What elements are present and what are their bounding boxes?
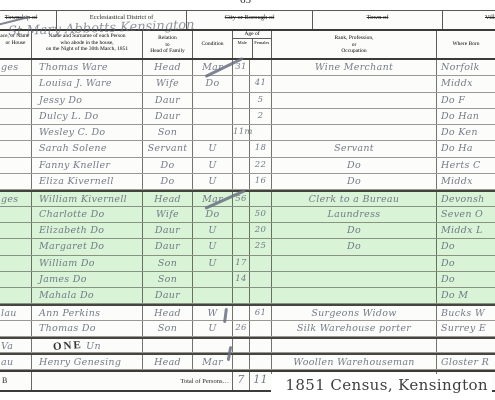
cell-occupation <box>272 339 437 352</box>
cell-address <box>0 207 32 222</box>
cell-address <box>0 109 32 124</box>
cell-name: Thomas Ware <box>32 60 143 75</box>
cell-name: Henry Genesing <box>32 355 143 368</box>
cell-born: Do M <box>437 288 495 303</box>
cell-relation: Daur <box>143 239 193 254</box>
cell-occupation: Do <box>272 174 437 189</box>
cell-age-f <box>250 272 272 287</box>
cell-occupation: Do <box>272 239 437 254</box>
cell-name: James Do <box>32 272 143 287</box>
cell-occupation: Clerk to a Bureau <box>272 192 437 205</box>
cell-born: Herts C <box>437 158 495 173</box>
cell-name: Louisa J. Ware <box>32 76 143 91</box>
cell-occupation: Do <box>272 158 437 173</box>
cell-condition: U <box>193 239 233 254</box>
census-row: VaONE Un <box>0 337 495 353</box>
cell-age-f: 41 <box>250 76 272 91</box>
cell-age-m <box>233 288 250 303</box>
cell-occupation <box>272 125 437 140</box>
cell-name: Jessy Do <box>32 93 143 108</box>
census-row: Fanny KnellerDoU22DoHerts C <box>0 158 495 174</box>
cell-name: Eliza Kivernell <box>32 174 143 189</box>
cell-occupation <box>272 93 437 108</box>
cell-condition: U <box>193 321 233 336</box>
cell-age-f <box>250 256 272 271</box>
cell-condition: Do <box>193 76 233 91</box>
cell-age-f: 50 <box>250 207 272 222</box>
cell-condition: U <box>193 158 233 173</box>
census-row: lauAnn PerkinsHeadW61Surgeons WidowBucks… <box>0 304 495 320</box>
cell-age-m <box>233 158 250 173</box>
census-row: auHenry GenesingHeadMarWoollen Warehouse… <box>0 353 495 369</box>
census-row: Elizabeth DoDaurU20DoMiddx L <box>0 223 495 239</box>
stamp-note: Un <box>83 341 101 352</box>
census-row: Wesley C. DoSon11mDo Ken <box>0 125 495 141</box>
cell-relation: Head <box>143 355 193 368</box>
cell-condition <box>193 339 233 352</box>
col-header-age-male: Male <box>233 39 253 58</box>
col-header-where-born: Where Born <box>437 31 495 58</box>
cell-address <box>0 223 32 238</box>
census-sheet: Township of Ecclesiastical District of C… <box>0 10 495 392</box>
cell-age-f: 20 <box>250 223 272 238</box>
totals-male: 7 <box>233 372 250 390</box>
cell-condition <box>193 288 233 303</box>
col-header-age-label: Age of <box>233 31 271 39</box>
cell-age-m <box>233 306 250 319</box>
cell-relation: Wife <box>143 207 193 222</box>
cell-relation: Son <box>143 125 193 140</box>
cell-relation: Head <box>143 192 193 205</box>
cell-age-m <box>233 223 250 238</box>
cell-address <box>0 272 32 287</box>
cell-born: Do <box>437 239 495 254</box>
col-header-relation-line1: Relation <box>143 35 192 42</box>
cell-relation: Head <box>143 306 193 319</box>
cell-age-m <box>233 355 250 368</box>
cell-address <box>0 158 32 173</box>
cell-name: Charlotte Do <box>32 207 143 222</box>
cell-relation: Do <box>143 158 193 173</box>
census-scan: 65 Township of Ecclesiastical District o… <box>0 0 495 400</box>
col-header-occupation: Rank, Profession, or Occupation <box>272 31 437 58</box>
cell-age-m <box>233 174 250 189</box>
cell-born: Devonsh <box>437 192 495 205</box>
cell-age-m <box>233 93 250 108</box>
town-of-label: Town of <box>313 11 443 29</box>
cell-relation: Wife <box>143 76 193 91</box>
cell-address: au <box>0 355 32 368</box>
cell-address <box>0 76 32 91</box>
cell-address <box>0 141 32 156</box>
cell-condition: Do <box>193 207 233 222</box>
cell-occupation <box>272 76 437 91</box>
census-row: Dulcy L. DoDaur2Do Han <box>0 109 495 125</box>
cell-age-f <box>250 192 272 205</box>
cell-relation: Son <box>143 321 193 336</box>
cell-name: Elizabeth Do <box>32 223 143 238</box>
cell-born: Do F <box>437 93 495 108</box>
cell-address <box>0 256 32 271</box>
cell-occupation: Wine Merchant <box>272 60 437 75</box>
cell-occupation: Servant <box>272 141 437 156</box>
census-row: Sarah SoleneServantU18ServantDo Ha <box>0 141 495 157</box>
cell-born: Do <box>437 256 495 271</box>
cell-name: Fanny Kneller <box>32 158 143 173</box>
cell-age-f: 18 <box>250 141 272 156</box>
cell-born: Do Ha <box>437 141 495 156</box>
village-of-label: Village of <box>443 11 495 29</box>
col-header-occupation-line3: Occupation <box>272 48 436 55</box>
cell-born: Seven O <box>437 207 495 222</box>
cell-born: Gloster R <box>437 355 495 368</box>
col-header-relation: Relation to Head of Family <box>143 31 193 58</box>
census-row: Louisa J. WareWifeDo41Middx <box>0 76 495 92</box>
cell-age-f: 2 <box>250 109 272 124</box>
cell-relation: Servant <box>143 141 193 156</box>
col-header-name-line3: on the Night of the 30th March, 1851 <box>32 46 142 53</box>
col-header-occupation-line2: or <box>272 42 436 49</box>
cell-condition: U <box>193 256 233 271</box>
cell-condition <box>193 272 233 287</box>
cell-name: Ann Perkins <box>32 306 143 319</box>
census-row: Eliza KivernellDoU16DoMiddx <box>0 174 495 190</box>
cell-address: ges <box>0 192 32 205</box>
totals-label: Total of Persons… <box>32 372 233 390</box>
cell-age-f <box>250 355 272 368</box>
col-header-condition: Condition <box>193 31 233 58</box>
cell-relation: Daur <box>143 223 193 238</box>
cell-occupation: Woollen Warehouseman <box>272 355 437 368</box>
cell-condition: U <box>193 174 233 189</box>
cell-age-m <box>233 76 250 91</box>
cell-occupation: Surgeons Widow <box>272 306 437 319</box>
cell-relation: Daur <box>143 288 193 303</box>
cell-address <box>0 239 32 254</box>
cell-address: Va <box>0 339 32 352</box>
cell-age-m <box>233 239 250 254</box>
cell-age-f: 5 <box>250 93 272 108</box>
census-row: gesThomas WareHeadMar31Wine MerchantNorf… <box>0 60 495 76</box>
cell-address <box>0 125 32 140</box>
cell-age-m: 17 <box>233 256 250 271</box>
cell-address: ges <box>0 60 32 75</box>
col-header-age: Age of Male Females <box>233 31 272 58</box>
census-rows: gesThomas WareHeadMar31Wine MerchantNorf… <box>0 60 495 370</box>
one-house-stamp: ONE <box>53 338 84 355</box>
cell-age-f <box>250 339 272 352</box>
footnote-mark: B <box>2 376 7 385</box>
cell-address: lau <box>0 306 32 319</box>
census-row: William DoSonU17Do <box>0 256 495 272</box>
cell-age-f: 22 <box>250 158 272 173</box>
cell-occupation: Silk Warehouse porter <box>272 321 437 336</box>
cell-age-f <box>250 321 272 336</box>
cell-address <box>0 174 32 189</box>
cell-name: Dulcy L. Do <box>32 109 143 124</box>
image-caption: 1851 Census, Kensington <box>271 374 492 396</box>
cell-age-m <box>233 207 250 222</box>
cell-address <box>0 288 32 303</box>
cell-occupation: Do <box>272 223 437 238</box>
cell-born: Surrey E <box>437 321 495 336</box>
cell-relation: Do <box>143 174 193 189</box>
cell-name: Mahala Do <box>32 288 143 303</box>
cell-name: Thomas Do <box>32 321 143 336</box>
cell-age-m: 14 <box>233 272 250 287</box>
cell-born: Do Ken <box>437 125 495 140</box>
census-row: Thomas DoSonU26Silk Warehouse porterSurr… <box>0 321 495 337</box>
cell-condition: U <box>193 141 233 156</box>
cell-relation: Head <box>143 60 193 75</box>
cell-address <box>0 93 32 108</box>
cell-occupation <box>272 109 437 124</box>
cell-name: William Do <box>32 256 143 271</box>
cell-born: Do <box>437 272 495 287</box>
cell-name: Wesley C. Do <box>32 125 143 140</box>
cell-born: Middx L <box>437 223 495 238</box>
cell-age-m <box>233 141 250 156</box>
cell-relation: Daur <box>143 93 193 108</box>
cell-relation: Son <box>143 272 193 287</box>
totals-female: 11 <box>250 372 272 390</box>
census-row: gesWilliam KivernellHeadMar56Clerk to a … <box>0 190 495 206</box>
cell-born: Middx <box>437 76 495 91</box>
cell-occupation: Laundress <box>272 207 437 222</box>
census-row: Charlotte DoWifeDo50LaundressSeven O <box>0 207 495 223</box>
col-header-relation-line3: Head of Family <box>143 48 192 55</box>
cell-occupation <box>272 272 437 287</box>
col-header-occupation-line1: Rank, Profession, <box>272 35 436 42</box>
census-row: Jessy DoDaur5Do F <box>0 93 495 109</box>
cell-age-f <box>250 125 272 140</box>
cell-condition <box>193 93 233 108</box>
cell-born: Middx <box>437 174 495 189</box>
cell-name: ONE Un <box>32 339 143 352</box>
cell-age-f <box>250 60 272 75</box>
cell-occupation <box>272 256 437 271</box>
cell-relation: Son <box>143 256 193 271</box>
cell-name: Sarah Solene <box>32 141 143 156</box>
cell-address <box>0 321 32 336</box>
cell-name: William Kivernell <box>32 192 143 205</box>
cell-occupation <box>272 288 437 303</box>
census-row: Margaret DoDaurU25DoDo <box>0 239 495 255</box>
cell-age-m: 26 <box>233 321 250 336</box>
cell-name: Margaret Do <box>32 239 143 254</box>
census-row: Mahala DoDaurDo M <box>0 288 495 304</box>
cell-age-f: 16 <box>250 174 272 189</box>
cell-age-m <box>233 109 250 124</box>
census-row: James DoSon14Do <box>0 272 495 288</box>
cell-born: Bucks W <box>437 306 495 319</box>
cell-born: Do Han <box>437 109 495 124</box>
cell-age-m <box>233 339 250 352</box>
cell-age-f <box>250 288 272 303</box>
cell-age-f: 25 <box>250 239 272 254</box>
cell-condition <box>193 125 233 140</box>
cell-born: Norfolk <box>437 60 495 75</box>
cell-condition: U <box>193 223 233 238</box>
cell-relation <box>143 339 193 352</box>
cell-age-m: 11m <box>233 125 250 140</box>
col-header-age-female: Females <box>253 39 272 58</box>
cell-condition <box>193 109 233 124</box>
cell-age-f: 61 <box>250 306 272 319</box>
cell-born <box>437 339 495 352</box>
cell-relation: Daur <box>143 109 193 124</box>
page-number: 65 <box>240 0 251 6</box>
